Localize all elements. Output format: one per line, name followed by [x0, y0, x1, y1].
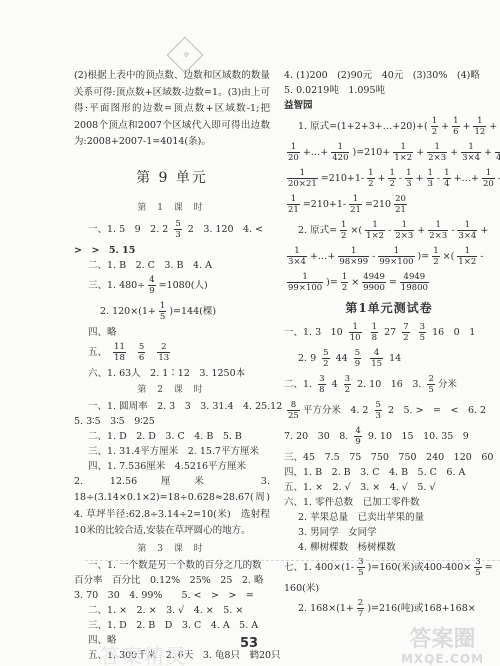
answer-line: 五、 1118 56 213 [74, 340, 270, 366]
answer-line: 3. 男同学 女同学 [284, 525, 494, 540]
left-column: (2)根据上表中的顶点数、边数和区域数的数量关系可得:顶点数+区域数-边数=1。… [74, 68, 270, 663]
fraction: 72 [402, 322, 409, 343]
answer-line: 一、1. 一个数是另一个数的百分之几的数 [74, 558, 270, 573]
answer-line: 四、略 [74, 325, 270, 340]
fraction: 12 [340, 220, 347, 241]
fraction: 213 [157, 342, 170, 363]
answer-line: 2. 168×(1+27)=216(吨)或168+168× [284, 596, 494, 622]
fraction: 35 [474, 557, 481, 578]
fraction: 52 [322, 348, 329, 369]
fraction: 12×3 [394, 220, 414, 241]
fraction: 494919800 [400, 272, 429, 293]
math-line: 2. 原式=12×(11×2-12×3+12×3-13×4+ [284, 218, 494, 244]
fraction: 1420 [331, 142, 349, 163]
fraction: 12 [341, 272, 348, 293]
fraction: 53 [375, 400, 382, 421]
math-line: 120+…+1420)=210+11×2+12×3+13×4+14×5+…+ [284, 140, 494, 166]
fraction: 35 [357, 557, 364, 578]
answer-line: 二、1. D 2. D 3. C 4. B 5. B [74, 429, 270, 444]
fraction: 59 [354, 348, 361, 369]
fraction: 14×5 [495, 142, 500, 163]
answer-line: 二、1. × 2. × 3. √ 4. × 5. × [74, 603, 270, 618]
answer-paragraph: 2. 12.56厘米 3. 18÷(3.14×0.1×2)=18÷0.628≈2… [74, 474, 270, 540]
fraction: 120 [287, 142, 300, 163]
fraction: 121 [287, 194, 300, 215]
fraction: 825 [287, 400, 300, 421]
answer-line: 四、1. 7.536厘米 4.5216平方厘米 [74, 459, 270, 474]
answer-line: 一、1. 圆周率 2. 3 3 3. 31.4 4. 25.12 [74, 399, 270, 414]
math-line: 121=210+1-121=2102021 [284, 192, 494, 218]
answer-line: 4. 柳树棵数 杨树棵数 [284, 540, 494, 555]
answer-line: 5. 0.0219吨 1.095吨 [284, 83, 494, 98]
fraction: 12 [431, 116, 438, 137]
fraction: 14 [443, 168, 450, 189]
answer-line: 160(米) [284, 581, 494, 596]
fraction: 415 [370, 348, 383, 369]
answer-line: 一、1. 5 9 2. 2 53 2 3. 120 4. < [74, 217, 270, 243]
fraction: 120 [482, 168, 495, 189]
answer-line: 六、1. 零件总数 已加工零件数 [284, 495, 494, 510]
answer-line: 2. 120×(1+15)=144(棵) [74, 299, 270, 325]
unit-title: 第 9 单元 [74, 169, 270, 187]
fraction: 199×100 [378, 246, 414, 267]
math-line: 120×21=210+1-12+12-13+13-14+…+120- [284, 166, 494, 192]
fraction: 121 [349, 194, 362, 215]
answer-line: 7. 20 30 8. 49 9. 10 15 10. 35 9 [284, 424, 494, 450]
fraction: 13 [405, 168, 412, 189]
answer-line: 一、1. 3 10 110 18 27 72 35 16 0 1 [284, 320, 494, 346]
answer-line: 三、45 7.5 75 750 750 240 120 60 [284, 450, 494, 465]
fraction: 13 [427, 168, 434, 189]
answer-line: 三、1. D 2. B D 3. C 4. A 5. A [74, 618, 270, 633]
lesson-2-title: 第 2 课 时 [74, 381, 270, 399]
fraction: 12 [367, 168, 374, 189]
fraction: 11×2 [457, 246, 477, 267]
answer-line: 5. 3∶5 3∶5 9∶25 [74, 414, 270, 429]
fraction: 112 [473, 116, 486, 137]
fraction: 38 [318, 374, 325, 395]
answer-line: 三、1. 480÷49=1080(人) [74, 273, 270, 299]
fraction: 16 [452, 116, 459, 137]
fraction: 49 [354, 426, 361, 447]
fraction: 120×21 [287, 168, 318, 189]
answer-line: 三、1. 31.4平方厘米 2. 15.7平方厘米 [74, 444, 270, 459]
fraction: 25 [427, 374, 434, 395]
answer-line: 二、1. B 2. C 3. B 4. A [74, 258, 270, 273]
fraction: 35 [419, 322, 426, 343]
lesson-3-title: 第 3 课 时 [74, 540, 270, 558]
section-title-yizhi: 益智园 [284, 98, 494, 114]
fraction: 199×100 [287, 272, 323, 293]
lesson-1-title: 第 1 课 时 [74, 199, 270, 217]
fraction: 13×4 [457, 220, 477, 241]
answer-line: 五、1. × 2. √ 3. × 4. √ 5. √ [284, 480, 494, 495]
answer-line: 七、1. 400×(1-35)=160(米)或400-400×35= [284, 555, 494, 581]
page-number: 53 [240, 636, 258, 651]
fraction: 27 [357, 598, 364, 619]
watermark-bottom-left: 答案精灵 [100, 640, 188, 666]
answer-line: 4. (1)200 (2)90元 40元 (3)30% (4)略 [284, 68, 494, 83]
test-title: 第1单元测试卷 [284, 296, 494, 320]
fraction: 12 [388, 168, 395, 189]
fraction: 11×2 [393, 142, 413, 163]
fraction: 198×99 [338, 246, 369, 267]
intro-paragraph: (2)根据上表中的顶点数、边数和区域数的数量关系可得:顶点数+区域数-边数=1。… [74, 68, 270, 151]
fraction: 53 [174, 219, 181, 240]
fraction: 12×3 [427, 142, 447, 163]
fraction: 13×4 [287, 246, 307, 267]
fraction: 2021 [394, 194, 407, 215]
fraction: 15 [159, 301, 166, 322]
answer-line: 825平方分米 4. 2 53 2 5. > = < 6. 2 [284, 398, 494, 424]
fraction: 12 [432, 246, 439, 267]
fraction: 11×2 [365, 220, 385, 241]
fraction: 13×4 [461, 142, 481, 163]
watermark-bottom-right: 答案圈 MXQE.COM [385, 628, 500, 666]
answer-line: > > 5. 15 [74, 243, 270, 258]
math-line: 1. 原式=(1+2+3+…+20)+(12+16+112+ [284, 114, 494, 140]
answer-line: 四、1. B 2. B 3. C 4. B 5. C 6. A [284, 465, 494, 480]
fraction: 32 [344, 374, 351, 395]
fraction: 49 [148, 275, 155, 296]
answer-line: 2. 苹果总量 已卖出苹果的量 [284, 510, 494, 525]
fraction: 18 [371, 322, 378, 343]
answer-line: 百分率 百分比 0.12% 25% 25 2. 略 [74, 573, 270, 588]
answer-line: 2. 9 52 44 59 415 14 [284, 346, 494, 372]
math-line: 13×4+…+198×99-199×100)=12×(11×2- [284, 244, 494, 270]
math-line: 199×100)=12×49499900=494919800 [284, 270, 494, 296]
fraction: 56 [138, 342, 145, 363]
answer-line: 二、1. 38 4 32 2. 10 16 3. 25分米 [284, 372, 494, 398]
fraction: 1118 [113, 342, 126, 363]
fraction: 12×3 [428, 220, 448, 241]
answer-line: 3. 70 30 4. 99% 5. < > > = [74, 588, 270, 603]
answer-line: 六、1. 63人 2. 1∶12 3. 1250本 [74, 366, 270, 381]
fraction: 110 [349, 322, 362, 343]
fraction: 49499900 [362, 272, 386, 293]
right-column: 4. (1)200 (2)90元 40元 (3)30% (4)略 5. 0.02… [284, 68, 494, 622]
